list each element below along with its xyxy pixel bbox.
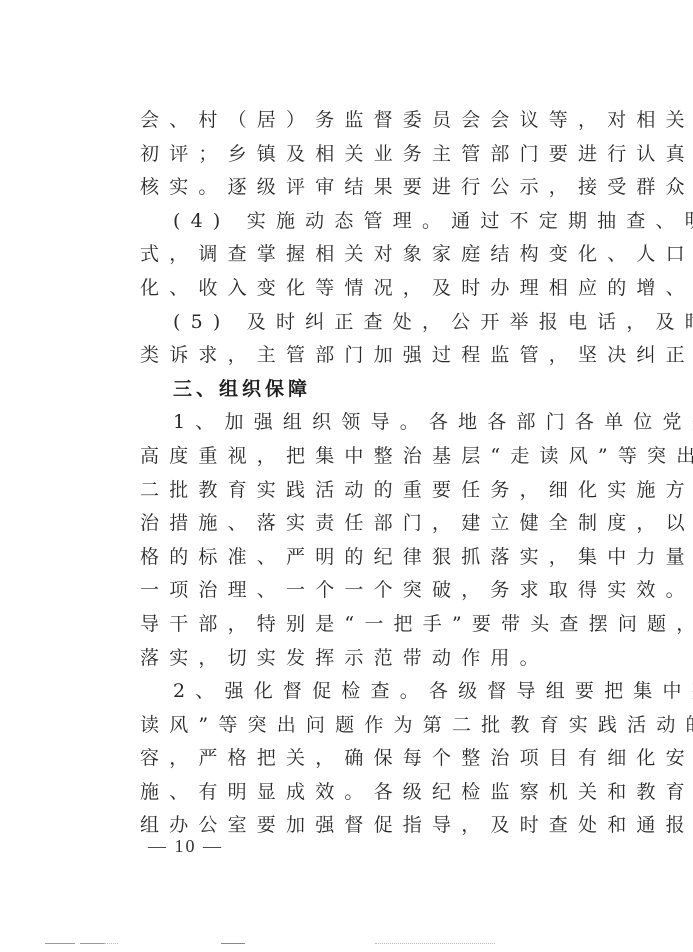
document-page: 会、村（居）务监督委员会会议等，对相关评定对象进行初评；乡镇及相关业务主管部门要… <box>0 0 693 952</box>
text-line: (4) 实施动态管理。通过不定期抽查、明察暗访等形 <box>140 205 632 239</box>
text-line: 1、加强组织领导。各地各部门各单位党委（党组）要 <box>140 406 632 440</box>
text-line: 会、村（居）务监督委员会会议等，对相关评定对象进行 <box>140 104 632 138</box>
text-line: 导干部，特别是“一把手”要带头查摆问题，推动班子抓 <box>140 608 632 642</box>
text-line: 容，严格把关，确保每个整治项目有细化安排、有过硬措 <box>140 742 632 776</box>
text-line: 高度重视，把集中整治基层“走读风”等突出问题作为第 <box>140 440 632 474</box>
text-line: 式，调查掌握相关对象家庭结构变化、人口变化、就业变 <box>140 238 632 272</box>
text-line: 初评；乡镇及相关业务主管部门要进行认真复核，随机抽样 <box>140 138 632 172</box>
text-line: 类诉求，主管部门加强过程监管，坚决纠正优亲厚友行为。 <box>140 339 632 373</box>
scan-artifact-line <box>45 943 75 944</box>
text-line: 施、有明显成效。各级纪检监察机关和教育实践活动领导小 <box>140 776 632 810</box>
scan-artifact-line <box>80 943 104 944</box>
document-body: 会、村（居）务监督委员会会议等，对相关评定对象进行初评；乡镇及相关业务主管部门要… <box>140 104 632 843</box>
scan-artifact-dots <box>375 943 495 945</box>
page-number: — 10 — <box>148 836 223 857</box>
text-line: 一项治理、一个一个突破，务求取得实效。基层单位党员领 <box>140 574 632 608</box>
text-line: 化、收入变化等情况，及时办理相应的增、减、停发手续。 <box>140 272 632 306</box>
text-line: 格的标准、严明的纪律狠抓落实，集中力量啃硬骨头，一项 <box>140 541 632 575</box>
text-line: 治措施、落实责任部门，建立健全制度，以严肃的态度、严 <box>140 507 632 541</box>
section-heading: 三、组织保障 <box>140 373 632 407</box>
scan-artifact-line <box>221 943 245 944</box>
text-line: 核实。逐级评审结果要进行公示，接受群众监督。 <box>140 171 632 205</box>
scan-artifact-dots <box>104 943 118 945</box>
text-line: 落实，切实发挥示范带动作用。 <box>140 642 632 676</box>
text-line: 读风”等突出问题作为第二批教育实践活动的重要督导内 <box>140 709 632 743</box>
text-line: (5) 及时纠正查处，公开举报电话，及时受理群众各 <box>140 306 632 340</box>
text-line: 2、强化督促检查。各级督导组要把集中整治基层“走 <box>140 675 632 709</box>
text-line: 二批教育实践活动的重要任务，细化实施方案，明确具体整 <box>140 474 632 508</box>
